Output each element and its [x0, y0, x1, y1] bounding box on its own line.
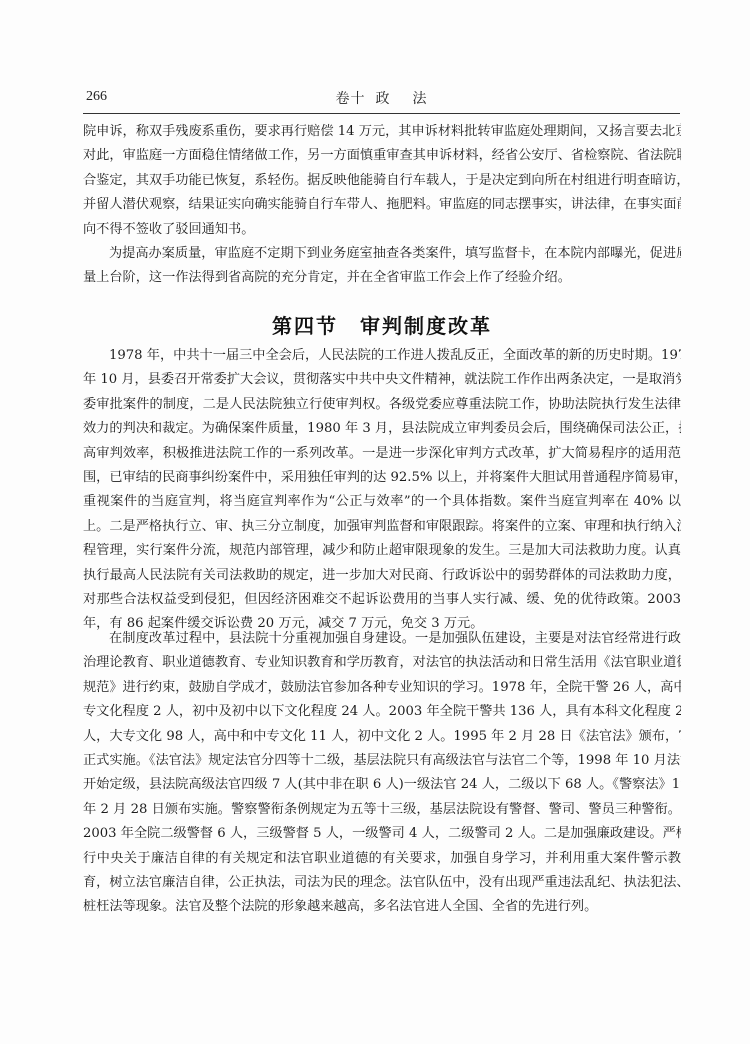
- text-line: 对此，审监庭一方面稳住情绪做工作，另一方面慎重审查其申诉材料，经省公安厅、省检察…: [83, 144, 681, 168]
- text-line: 合鉴定，其双手功能已恢复，系轻伤。据反映他能骑自行车载人，于是决定到向所在村组进…: [83, 169, 681, 193]
- text-line: 育，树立法官廉洁自律，公正执法，司法为民的理念。法官队伍中，没有出现严重违法乱纪…: [83, 871, 681, 895]
- text-line: 程管理，实行案件分流，规范内部管理，减少和防止超审限现象的发生。三是加大司法救助…: [83, 539, 681, 563]
- text-line: 效力的判决和裁定。为确保案件质量，1980 年 3 月，县法院成立审判委员会后，…: [83, 417, 681, 441]
- text-line: 量上台阶，这一作法得到省高院的充分肯定，并在全省审监工作会上作了经验介绍。: [83, 266, 681, 290]
- running-header-title: 卷十政法: [83, 88, 680, 108]
- paragraph-continued: 院申诉，称双手残废系重伤，要求再行赔偿 14 万元，其申诉材料批转审监庭处理期间…: [83, 120, 681, 242]
- text-line: 专文化程度 2 人，初中及初中以下文化程度 24 人。2003 年全院干警共 1…: [83, 700, 681, 724]
- text-line: 对那些合法权益受到侵犯，但因经济困难交不起诉讼费用的当事人实行减、缓、免的优待政…: [83, 588, 681, 612]
- text-line: 规范》进行约束，鼓励自学成才，鼓励法官参加各种专业知识的学习。1978 年，全院…: [83, 676, 681, 700]
- text-line: 委审批案件的制度，二是人民法院独立行使审判权。各级党委应尊重法院工作，协助法院执…: [83, 393, 681, 417]
- text-line: 并留人潜伏观察，结果证实向确实能骑自行车带人、拖肥料。审监庭的同志摆事实，讲法律…: [83, 193, 681, 217]
- text-line: 向不得不签收了驳回通知书。: [83, 218, 681, 242]
- text-line: 围，已审结的民商事纠纷案件中，采用独任审判的达 92.5% 以上，并将案件大胆试…: [83, 466, 681, 490]
- chapter-title-part1: 政: [376, 88, 391, 108]
- header-rule: [83, 113, 680, 114]
- text-line: 年 10 月，县委召开常委扩大会议，贯彻落实中共中央文件精神，就法院工作作出两条…: [83, 368, 681, 392]
- text-line: 桩枉法等现象。法官及整个法院的形象越来越高，多名法官进人全国、全省的先进行列。: [83, 895, 681, 919]
- text-line: 1978 年，中共十一届三中全会后，人民法院的工作进人拨乱反正，全面改革的新的历…: [83, 344, 681, 368]
- text-line: 重视案件的当庭宣判，将当庭宣判率作为“公正与效率”的一个具体指数。案件当庭宣判率…: [83, 490, 681, 514]
- running-header: 266 卷十政法: [83, 86, 680, 112]
- text-line: 开始定级，县法院高级法官四级 7 人(其中非在职 6 人)一级法官 24 人，二…: [83, 773, 681, 797]
- paragraph-self-building: 在制度改革过程中，县法院十分重视加强自身建设。一是加强队伍建设，主要是对法官经常…: [83, 627, 681, 920]
- text-line: 上。二是严格执行立、审、执三分立制度，加强审判监督和审限跟踪。将案件的立案、审理…: [83, 515, 681, 539]
- paragraph-reform: 1978 年，中共十一届三中全会后，人民法院的工作进人拨乱反正，全面改革的新的历…: [83, 344, 681, 637]
- text-line: 在制度改革过程中，县法院十分重视加强自身建设。一是加强队伍建设，主要是对法官经常…: [83, 627, 681, 651]
- text-line: 年 2 月 28 日颁布实施。警察警衔条例规定为五等十三级，基层法院设有警督、警…: [83, 798, 681, 822]
- text-line: 为提高办案质量，审监庭不定期下到业务庭室抽查各类案件，填写监督卡，在本院内部曝光…: [83, 242, 681, 266]
- text-line: 执行最高人民法院有关司法救助的规定，进一步加大对民商、行政诉讼中的弱势群体的司法…: [83, 564, 681, 588]
- section-title: 审判制度改革: [360, 314, 492, 338]
- text-line: 人，大专文化 98 人，高中和中专文化 11 人，初中文化 2 人。1995 年…: [83, 725, 681, 749]
- text-line: 高审判效率，积极推进法院工作的一系列改革。一是进一步深化审判方式改革，扩大简易程…: [83, 442, 681, 466]
- text-line: 院申诉，称双手残废系重伤，要求再行赔偿 14 万元，其申诉材料批转审监庭处理期间…: [83, 120, 681, 144]
- book-page: 266 卷十政法 院申诉，称双手残废系重伤，要求再行赔偿 14 万元，其申诉材料…: [0, 0, 750, 1044]
- text-line: 行中央关于廉洁自律的有关规定和法官职业道德的有关要求，加强自身学习，并利用重大案…: [83, 847, 681, 871]
- paragraph-supervision: 为提高办案质量，审监庭不定期下到业务庭室抽查各类案件，填写监督卡，在本院内部曝光…: [83, 242, 681, 291]
- chapter-title-part2: 法: [413, 88, 428, 108]
- text-line: 2003 年全院二级警督 6 人，三级警督 5 人，一级警司 4 人，二级警司 …: [83, 822, 681, 846]
- volume-label: 卷十: [336, 88, 366, 108]
- text-line: 治理论教育、职业道德教育、专业知识教育和学历教育，对法官的执法活动和日常生活用《…: [83, 651, 681, 675]
- text-line: 正式实施。《法官法》规定法官分四等十二级，基层法院只有高级法官与法官二个等，19…: [83, 749, 681, 773]
- section-number: 第四节: [272, 314, 338, 338]
